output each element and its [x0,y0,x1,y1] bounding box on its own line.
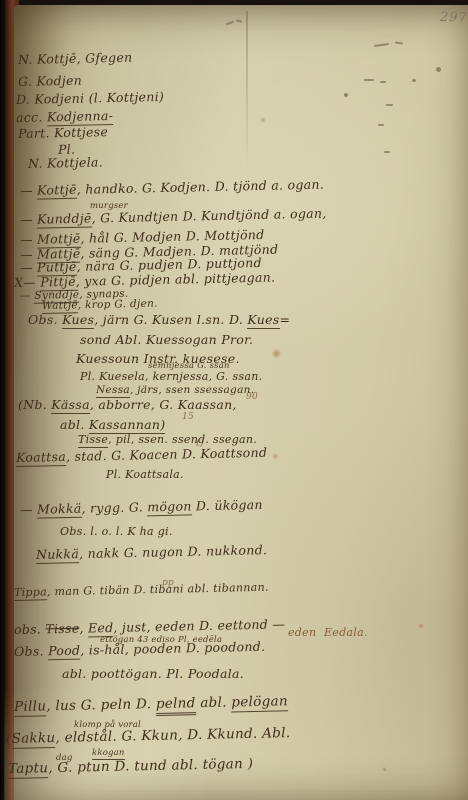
line-prefix: — [20,212,37,227]
line-prefix: Obs. [14,643,48,659]
manuscript-photo: 297 N. Kottjē, Gfegen G. Kodjen D. Kodje… [0,0,468,800]
headword: Nukkä [36,546,79,563]
line-text: , järs, ssen ssessagan. [130,384,254,396]
stain [418,623,424,629]
manuscript-line: abl. Kassannan) [60,418,165,431]
ink-speck [226,21,234,26]
manuscript-line: Pl. Kuesela, kernjessa, G. ssan. [80,371,262,383]
line-prefix: — [20,502,37,517]
manuscript-line: Obs. Kues, järn G. Kusen l.sn. D. Kues= [28,313,290,326]
manuscript-line: — Kottjē, handko. G. Kodjen. D. tjönd a.… [20,178,324,197]
headword: Tippa [14,585,47,600]
manuscript-line: abl. poottögan. Pl. Poodala. [62,667,244,680]
line-prefix: (Nb. [18,397,51,412]
line-prefix: — [20,183,37,198]
stain [272,348,281,359]
line-prefix: abl. [60,417,89,432]
line-text: , man G. tibän D. tibani abl. tibannan. [47,581,269,599]
line-text: pp [162,578,174,588]
headword: Kassannan) [89,417,166,434]
margin-mark: 90 [246,393,258,402]
ink-speck [384,151,390,153]
manuscript-line: Tippa, man G. tibän D. tibani abl. tiban… [14,582,269,599]
line-text: , handko. G. Kodjen. D. tjönd a. ogan. [77,177,325,197]
line-text: = [280,312,291,327]
headword: Kues [247,312,279,329]
line-text: , yxa G. pidjen abl. pittjeagan. [76,270,276,289]
line-text: , G. ptun D. tund abl. tögan ) [48,756,253,776]
line-text: D. Kodjeni (l. Kottjeni) [16,89,164,107]
headword: Kues [62,312,94,329]
ink-speck [412,79,416,82]
manuscript-line: — Kunddjē, G. Kundtjen D. Kundtjönd a. o… [20,207,327,227]
manuscript-line: sond Abl. Kuessogan Pror. [80,333,253,346]
line-text: 90 [246,392,258,402]
line-text: N. Kottjē, Gfegen [18,50,133,67]
line-text: N. Kottjela. [28,154,103,171]
stain [382,767,387,772]
ink-speck [374,43,389,47]
ink-speck [364,79,374,81]
line-prefix: obs. [14,621,46,637]
ink-speck [344,93,348,97]
manuscript-line: Nessa, järs, ssen ssessagan. [96,385,254,396]
line-text: G. Kodjen [18,73,82,89]
headword: Kottjē [37,182,77,199]
line-text: Pl. Koattsala. [106,468,184,481]
ink-speck [386,104,393,106]
manuscript-line: — Mokkä, rygg. G. mögon D. ükögan [20,498,263,516]
fold-line [246,11,248,171]
headword: Koattsa [16,449,66,467]
manuscript-line: Koattsa, stad. G. Koacen D. Koattsond [16,446,267,464]
manuscript-line: Obs. l. o. l. K ha gi. [60,526,173,538]
manuscript-line: Tisse, pil, ssen. ssend. ssegan. [78,434,257,446]
manuscript-line: Wattjē, krop G. djen. [42,299,158,312]
headword: Kässa [51,397,90,414]
line-prefix: Obs. [28,312,62,327]
stain [260,117,266,123]
manuscript-page: 297 N. Kottjē, Gfegen G. Kodjen D. Kodje… [14,5,468,800]
manuscript-line: obs. Tisse, Eed, just, eeden D. eettond … [14,617,285,636]
ink-speck [236,19,242,22]
headword: pelögan [231,693,288,712]
line-text: abl. poottögan. Pl. Poodala. [62,666,244,681]
line-prefix: — [20,260,37,275]
margin-mark: 15 [182,413,194,422]
headword: Kunddjē [37,211,92,229]
line-text: , järn G. Kusen l.sn. D. [94,312,247,327]
headword: Nessa [96,384,130,398]
line-text: , stad. G. Koacen D. Koattsond [66,445,267,464]
ink-speck [436,67,441,72]
line-prefix: X— [14,274,41,290]
line-prefix: — [20,290,35,302]
manuscript-line: G. Kodjen [18,74,82,88]
line-text: , is-hål, pooden D. poodond. [80,639,265,658]
manuscript-line: (Nb. Kässa, abborre, G. Kaassan, [18,398,237,411]
manuscript-line: Pillu, lus G. peln D. pelnd abl. pelögan [14,694,288,714]
line-text: abl. [195,694,231,711]
interlinear-note: pp [162,579,174,588]
headword: Mokkä [37,501,82,518]
margin-note: eden Eedala. [288,627,368,639]
margin-mark: t) [196,440,204,449]
manuscript-line: Nukkä, nakk G. nugon D. nukkond. [36,543,267,561]
headword: Taptu [8,760,49,778]
manuscript-line: Obs. Pood, is-hål, pooden D. poodond. [14,640,266,658]
page-number: 297 [440,11,468,25]
ink-speck [378,124,384,126]
line-text: t) [196,439,204,449]
line-text: , krop G. djen. [78,298,158,312]
line-text: eden Eedala. [288,626,368,639]
headword: Sakku [11,730,55,748]
manuscript-line: Pl. Koattsala. [106,469,184,481]
manuscript-line: acc. Kodjenna- [16,109,113,124]
line-text: Pl. Kuesela, kernjessa, G. ssan. [80,370,262,383]
line-text: , nakk G. nugon D. nukkond. [79,542,267,561]
line-text: , [79,620,88,635]
headword: Kodjenna- [47,108,114,126]
manuscript-line: Taptu, G. ptun D. tund abl. tögan ) [8,757,254,776]
line-text: D. ükögan [192,497,263,513]
line-text: Part. Kottjese [18,124,108,141]
line-text: , lus G. peln D. [46,696,156,714]
manuscript-line: X— Pittjē, yxa G. pidjen abl. pittjeagan… [14,271,276,290]
headword: Pood [48,643,81,660]
line-text: , pil, ssen. ssend. ssegan. [108,433,257,446]
manuscript-line: Part. Kottjese [18,125,108,140]
ink-speck [395,42,403,45]
ink-speck [380,81,386,83]
headword: Pillu [14,698,47,716]
line-prefix: acc. [16,109,47,125]
line-text: sond Abl. Kuessogan Pror. [80,332,253,347]
headword: pelnd [156,695,196,715]
line-text: , abborre, G. Kaassan, [90,397,237,412]
line-text: 15 [182,412,194,422]
line-text: , rygg. G. [81,499,147,515]
stain [272,453,279,460]
manuscript-line: N. Kottjela. [28,155,103,170]
headword: Tisse [78,433,108,448]
headword: mögon [147,498,192,515]
manuscript-line: N. Kottjē, Gfegen [18,51,133,67]
line-prefix: — [20,232,37,247]
struck-word: Tisse [45,621,79,637]
line-text: , just, eeden D. eettond — [113,616,285,635]
interlinear-note: kkogan [92,749,125,758]
manuscript-line: D. Kodjeni (l. Kottjeni) [16,90,164,106]
line-text: Obs. l. o. l. K ha gi. [60,525,173,538]
line-prefix: ( [6,731,12,747]
